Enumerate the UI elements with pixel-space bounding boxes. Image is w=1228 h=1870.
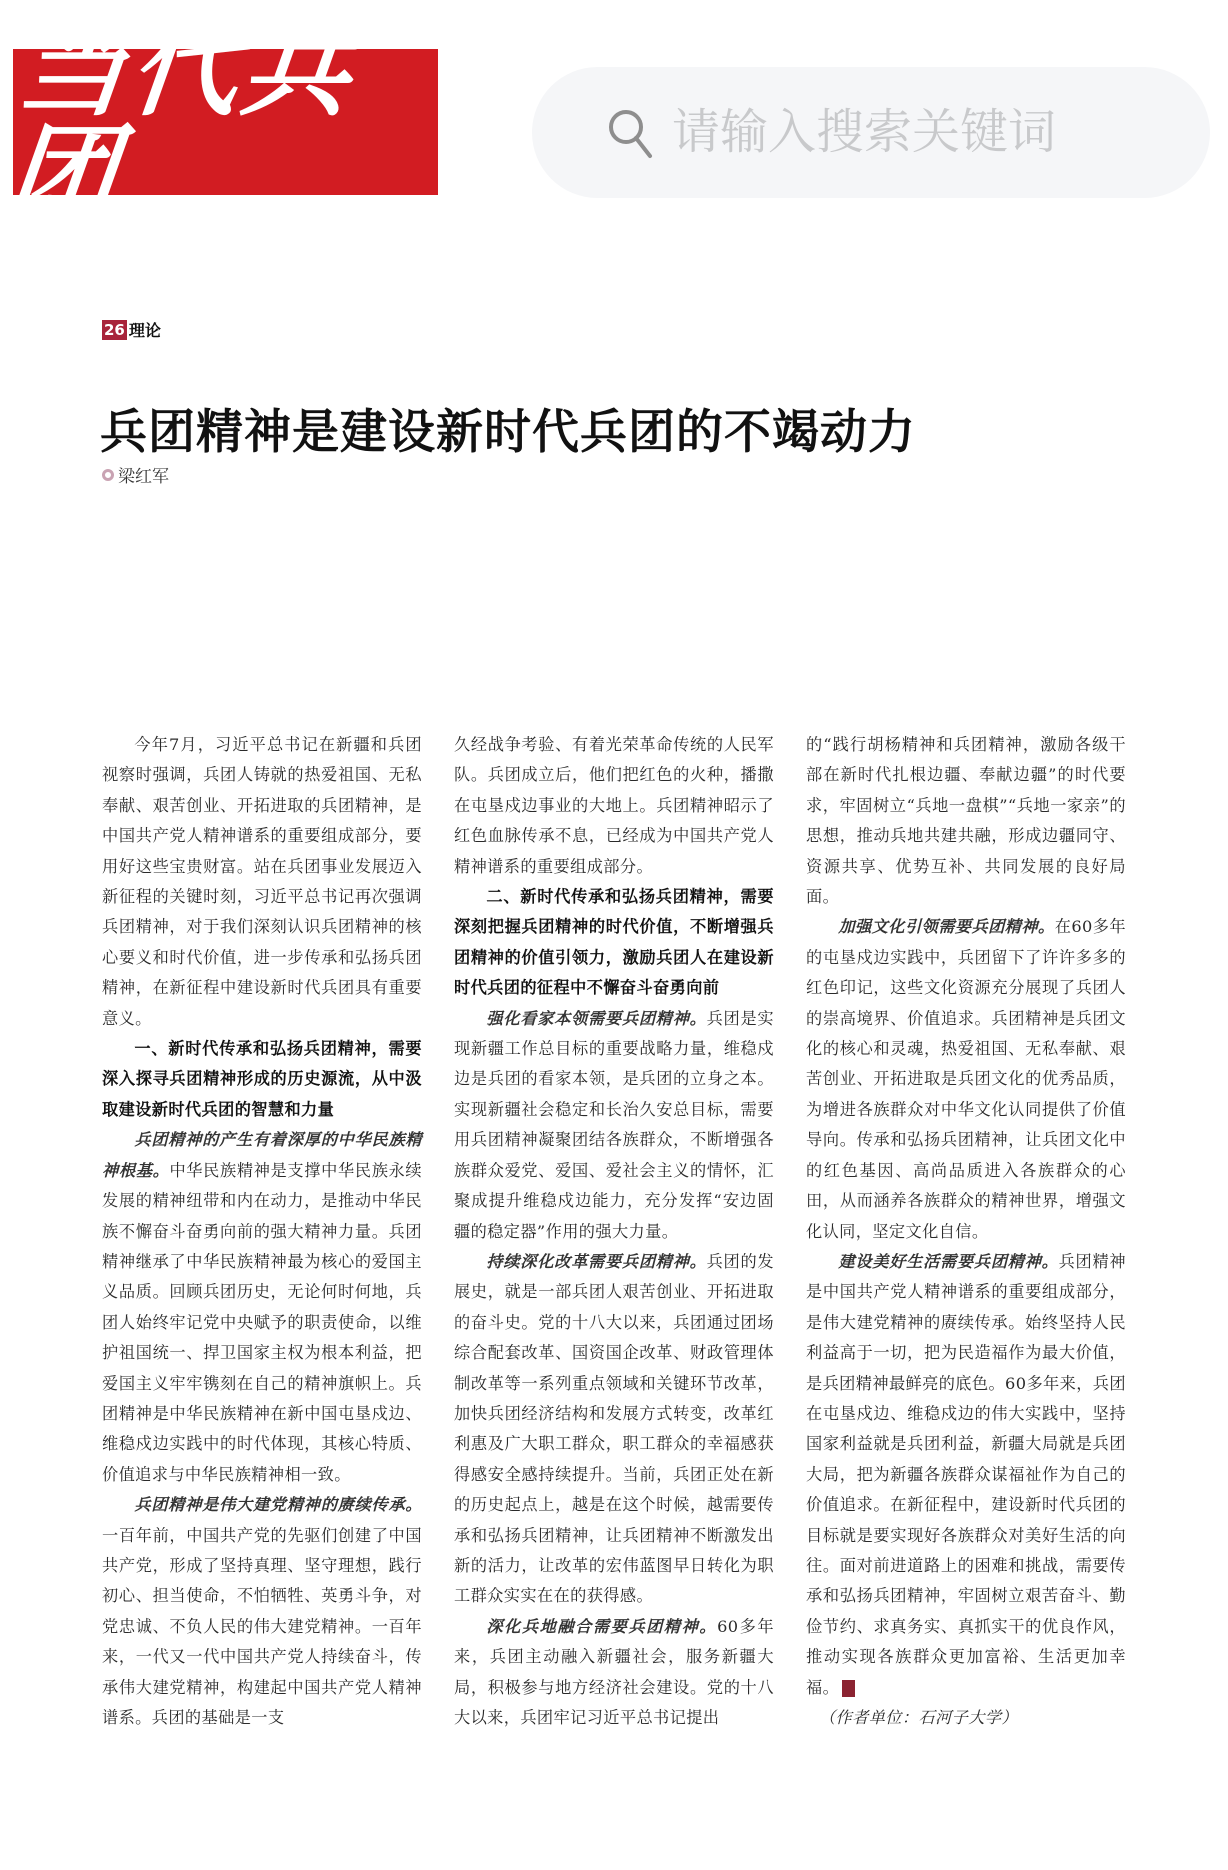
paragraph-continuation: 的“践行胡杨精神和兵团精神，激励各级干部在新时代扎根边疆、奉献边疆”的时代要求，… xyxy=(806,730,1126,912)
search-bar[interactable] xyxy=(532,67,1210,198)
article-end-icon xyxy=(842,1680,855,1697)
circle-bullet-icon xyxy=(102,469,114,481)
section-name: 理论 xyxy=(129,318,161,341)
paragraph: 强化看家本领需要兵团精神。兵团是实现新疆工作总目标的重要战略力量，维稳戍边是兵团… xyxy=(454,1004,774,1247)
magazine-logo[interactable]: 当代兵团 xyxy=(13,49,438,195)
lead-in: 深化兵地融合需要兵团精神。 xyxy=(486,1617,717,1636)
author-affiliation: （作者单位：石河子大学） xyxy=(806,1703,1126,1733)
lead-in: 建设美好生活需要兵团精神。 xyxy=(838,1252,1058,1271)
column-3: 的“践行胡杨精神和兵团精神，激励各级干部在新时代扎根边疆、奉献边疆”的时代要求，… xyxy=(806,730,1126,1733)
lead-in: 强化看家本领需要兵团精神。 xyxy=(486,1009,706,1028)
logo-text: 当代兵团 xyxy=(2,14,450,230)
lead-in: 兵团精神是伟大建党精神的赓续传承。 xyxy=(134,1495,422,1514)
byline: 梁红军 xyxy=(102,462,169,487)
search-icon xyxy=(604,105,660,161)
article-title: 兵团精神是建设新时代兵团的不竭动力 xyxy=(100,395,916,462)
page-number: 26 xyxy=(102,320,127,340)
column-1: 今年7月，习近平总书记在新疆和兵团视察时强调，兵团人铸就的热爱祖国、无私奉献、艰… xyxy=(102,730,422,1733)
paragraph: 建设美好生活需要兵团精神。兵团精神是中国共产党人精神谱系的重要组成部分，是伟大建… xyxy=(806,1247,1126,1703)
paragraph: 深化兵地融合需要兵团精神。60多年来，兵团主动融入新疆社会，服务新疆大局，积极参… xyxy=(454,1612,774,1734)
section-tag: 26 理论 xyxy=(102,318,161,341)
paragraph-continuation: 久经战争考验、有着光荣革命传统的人民军队。兵团成立后，他们把红色的火种，播撒在屯… xyxy=(454,730,774,882)
paragraph: 持续深化改革需要兵团精神。兵团的发展史，就是一部兵团人艰苦创业、开拓进取的奋斗史… xyxy=(454,1247,774,1612)
lead-in: 加强文化引领需要兵团精神。 xyxy=(838,917,1054,936)
magazine-page: 26 理论 兵团精神是建设新时代兵团的不竭动力 梁红军 今年7月，习近平总书记在… xyxy=(0,210,1228,1870)
site-header: 当代兵团 xyxy=(0,0,1228,210)
search-input[interactable] xyxy=(672,97,1172,167)
lead-in: 持续深化改革需要兵团精神。 xyxy=(486,1252,706,1271)
paragraph: 兵团精神的产生有着深厚的中华民族精神根基。中华民族精神是支撑中华民族永续发展的精… xyxy=(102,1125,422,1490)
column-2: 久经战争考验、有着光荣革命传统的人民军队。兵团成立后，他们把红色的火种，播撒在屯… xyxy=(454,730,774,1733)
paragraph: 今年7月，习近平总书记在新疆和兵团视察时强调，兵团人铸就的热爱祖国、无私奉献、艰… xyxy=(102,730,422,1034)
subheading: 一、新时代传承和弘扬兵团精神，需要深入探寻兵团精神形成的历史源流，从中汲取建设新… xyxy=(102,1034,422,1125)
subheading: 二、新时代传承和弘扬兵团精神，需要深刻把握兵团精神的时代价值，不断增强兵团精神的… xyxy=(454,882,774,1004)
paragraph: 兵团精神是伟大建党精神的赓续传承。一百年前，中国共产党的先驱们创建了中国共产党，… xyxy=(102,1490,422,1733)
paragraph: 加强文化引领需要兵团精神。在60多年的屯垦戍边实践中，兵团留下了许许多多的红色印… xyxy=(806,912,1126,1246)
author-name: 梁红军 xyxy=(118,462,169,487)
